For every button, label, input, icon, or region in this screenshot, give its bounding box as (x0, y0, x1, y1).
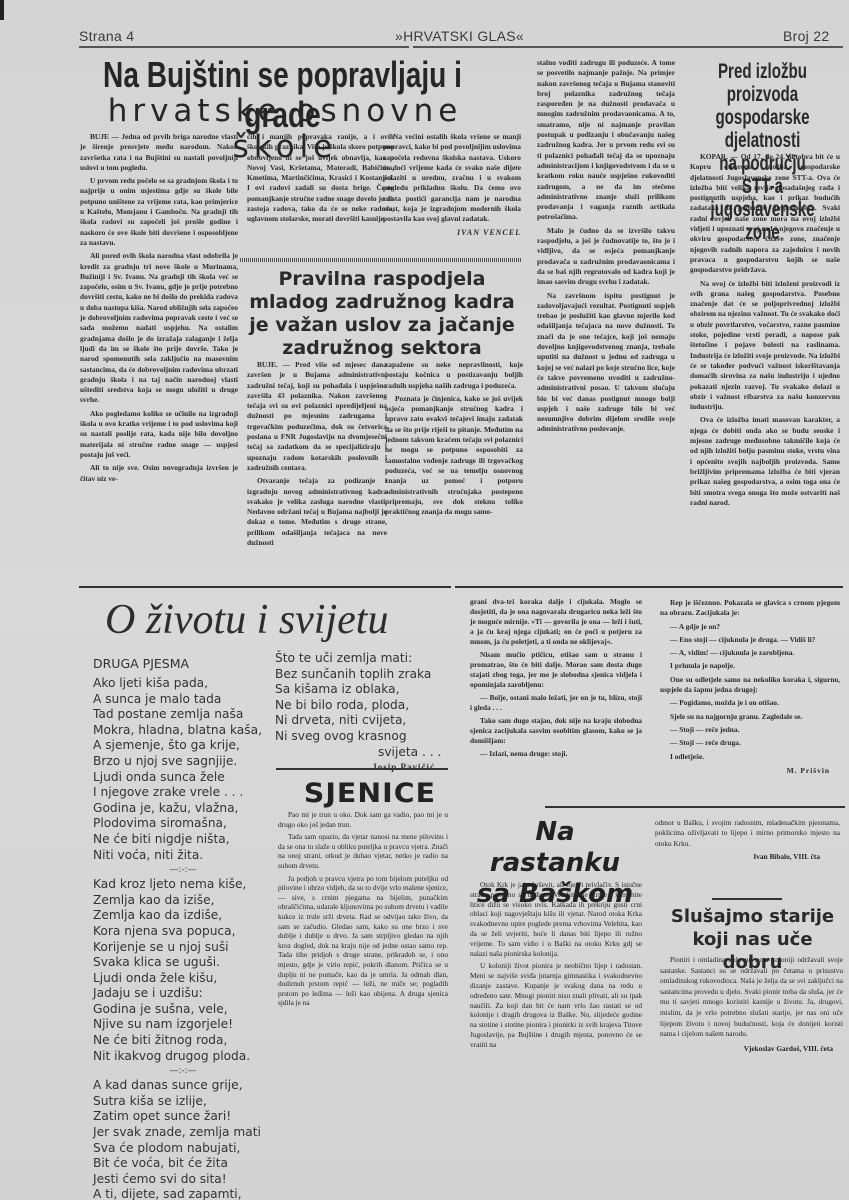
scan-edge-mark (0, 0, 4, 20)
title-line: Slušajmo starije (660, 905, 845, 928)
article-author: Vjekoslav Gardoš, VIII. četa (660, 1044, 843, 1055)
poem-line: Svaka klica se uguši. (93, 955, 273, 971)
section-divider (455, 586, 843, 588)
poem-line: Kora njena sva popuca, (93, 924, 273, 940)
article-column-2: zapažene su neke nepravilnosti, koje pos… (385, 360, 523, 520)
story-author: M. Prišvin (660, 766, 840, 776)
poem-line: Bit će voća, bit će žita (93, 1156, 273, 1172)
article-author: IVAN VENCEL (383, 228, 521, 238)
poem-line: Brzo u njoj sve sagnjije. (93, 754, 273, 770)
stanza-separator: —:-:— (93, 1064, 273, 1078)
paragraph: — Bolje, ostani malo ležati, jer on je t… (470, 693, 642, 713)
poem-line: Sa kišama iz oblaka, (275, 682, 455, 698)
paragraph: U prvom redu počelo se sa gradnjom škola… (80, 176, 238, 248)
header-rule-left (79, 46, 409, 48)
poem-line: A ti, dijete, sad zapamti, (93, 1187, 273, 1200)
title-line: Na rastanku (470, 817, 640, 879)
title-line: gospodarske djelatnosti (703, 106, 822, 152)
poem-line: Ne će biti nigdje ništa, (93, 832, 273, 848)
poem-line: A sjemenje, što ga krije, (93, 738, 273, 754)
poem-line: Godina je, kažu, vlažna, (93, 801, 273, 817)
paragraph: — Stoji — reče jedna. (660, 725, 840, 735)
poem-line: Jer svak znade, zemlja mati (93, 1125, 273, 1141)
article-column-3: Na većini ostalih škola vršene se manji … (383, 132, 521, 238)
article-column-1: BUJE — Jedna od prvih briga narodne vlas… (80, 132, 238, 487)
poem-line: Sva će plodom nabujati, (93, 1141, 273, 1157)
title-line: Pred izložbu proizvoda (703, 60, 822, 106)
poem-line: Njive su nam izgorjele! (93, 1017, 273, 1033)
poem-line: Sutra kiša se izlije, (93, 1094, 273, 1110)
paragraph: Otvaranje tečaja za podizanje i izgradnj… (247, 476, 387, 548)
poem-line: Jadaju se i uzdišu: (93, 986, 273, 1002)
header-rule-right (413, 46, 843, 48)
paragraph: KOPAR. — Od 17. do 24. oktobra bit će u … (690, 152, 840, 276)
article-column: KOPAR. — Od 17. do 24. oktobra bit će u … (690, 152, 840, 511)
paragraph: stalno voditi zadrugu ili poduzeće. A to… (537, 58, 675, 223)
paragraph: — A, vidim! — cijuknula je zarobljena. (660, 648, 840, 658)
paragraph: Tako sam dugo stajao, dok nije na kraju … (470, 716, 642, 746)
poem-line: Mokra, hladna, blatna kaša, (93, 723, 273, 739)
poem-line: A kad danas sunce grije, (93, 1078, 273, 1094)
article-column: Otok Krk je jako krševit, ali lijep i pr… (470, 880, 642, 1053)
paragraph: Malo je čudno da se izvršilo takvu raspo… (537, 226, 675, 288)
paragraph: Otok Krk je jako krševit, ali lijep i pr… (470, 880, 642, 958)
paragraph: BUJE — Jedna od prvih briga narodne vlas… (80, 132, 238, 173)
poem-column-2: Što te uči zemlja mati: Bez sunčanih top… (275, 651, 455, 776)
section-title: O životu i svijetu (105, 596, 388, 644)
paragraph: BUJE. — Pred više od mjesec dana završen… (247, 360, 387, 473)
paragraph: — Eno stoji — cijuknula je druga. — Vidi… (660, 635, 840, 645)
poem-line: Godina je sušna, vele, (93, 1002, 273, 1018)
paragraph: — Pogidamo, možda je i on otišao. (660, 698, 840, 708)
paragraph: U koloniji život pionira je neobično lij… (470, 961, 642, 1049)
paragraph: Nisam mučio ptičicu, otišao sam u stranu… (470, 650, 642, 690)
paragraph: Sjele su na najgornju granu. Zagledale s… (660, 712, 840, 722)
paragraph: zapažene su neke nepravilnosti, koje pos… (385, 360, 523, 391)
article-column-2: ćih i manjih popravaka ranije, a i ovih … (247, 132, 394, 228)
poem-line: Niti voća, niti žita. (93, 848, 273, 864)
paragraph: One su odletjele samo na nekoliko koraka… (660, 675, 840, 696)
paragraph: Tada sam opazio, da vjetar nanosi na men… (278, 832, 448, 870)
page-number: Strana 4 (79, 28, 134, 44)
poem-line: Ne bi bilo roda, ploda, (275, 698, 455, 714)
article-column-1: BUJE. — Pred više od mjesec dana završen… (247, 360, 387, 551)
poem-line: Što te uči zemlja mati: (275, 651, 455, 667)
paragraph: — Izlazi, nema druge: stoji. (470, 749, 642, 759)
paragraph: I prhnula je napolje. (660, 661, 840, 671)
poem-line: svijeta . . . (275, 745, 455, 761)
paragraph: Ako pogledamo koliko se učinilo na izgra… (80, 409, 238, 460)
poem-line: Ljudi onda sunca žele (93, 770, 273, 786)
paragraph: Na završnom ispitu postignut je zadovolj… (537, 291, 675, 435)
poem-line: Zemlja kao da izdiše, (93, 908, 273, 924)
poem-line: A sunca je malo tada (93, 692, 273, 708)
paragraph: Ova će izložba imati masovan karakter, a… (690, 415, 840, 508)
poem-line: Zemlja kao da iziše, (93, 893, 273, 909)
paragraph: grani dva-tri koraka dalje i cijukala. M… (470, 597, 642, 647)
paragraph: Pao mi je trun u oko. Dok sam ga vadio, … (278, 810, 448, 829)
issue-number: Broj 22 (783, 28, 829, 44)
poem-line: Tad postane zemlja naša (93, 707, 273, 723)
dotted-divider (240, 258, 522, 262)
poem-line: Nit ikakvog drugog ploda. (93, 1049, 273, 1065)
poem-line: Ni sveg ovog krasnog (275, 729, 455, 745)
poem-title: DRUGA PJESMA (93, 656, 189, 671)
newspaper-page: Strana 4 »HRVATSKI GLAS« Broj 22 Na Bujš… (0, 0, 849, 1200)
poem-line: Ni drveta, niti cvijeta, (275, 713, 455, 729)
poem-line: Jesti ćemo svi do sita! (93, 1172, 273, 1188)
paragraph: — A gdje je on? (660, 622, 840, 632)
story-column-1: Pao mi je trun u oko. Dok sam ga vadio, … (278, 810, 448, 1011)
paragraph: Ja podjoh u pravcu vjetra po tom bijelom… (278, 874, 448, 1008)
article-column: Pioniri i omladina redovno su u koloniji… (660, 955, 843, 1054)
story-column-2: grani dva-tri koraka dalje i cijukala. M… (470, 597, 642, 762)
article-title: Pravilna raspodjela mladog zadružnog kad… (247, 268, 517, 360)
paragraph: I odletješe. (660, 752, 840, 762)
article-author: Ivan Bibalo, VIII. čta (655, 852, 840, 862)
short-divider (712, 898, 782, 900)
paragraph: — Stoji — reče druga. (660, 738, 840, 748)
poem-line: Bez sunčanih toplih zraka (275, 667, 455, 683)
masthead: »HRVATSKI GLAS« (395, 28, 524, 44)
article-continuation: odmor u Bašku, i svojim radosnim, mladen… (655, 818, 840, 863)
paragraph: Poznata je činjenica, kako se još uvijek… (385, 394, 523, 518)
poem-line: Ljudi onda žele kišu, (93, 971, 273, 987)
poem-column-1: Ako ljeti kiša pada, A sunca je malo tad… (93, 676, 273, 1200)
paragraph: ćih i manjih popravaka ranije, a i ovih … (247, 132, 394, 225)
poem-line: Kad kroz ljeto nema kiše, (93, 877, 273, 893)
poem-line: Ako ljeti kiša pada, (93, 676, 273, 692)
paragraph: Pioniri i omladina redovno su u koloniji… (660, 955, 843, 1040)
section-divider (79, 586, 451, 588)
paragraph: Ali pored ovih škola narodna vlast odobr… (80, 251, 238, 405)
story-column-3: Rep je iščeznuo. Pokazala se glavica s c… (660, 598, 840, 776)
poem-line: Plodovima siromašna, (93, 816, 273, 832)
poem-line: I njegove zrake vrele . . . (93, 785, 273, 801)
paragraph: Na ovoj će izložbi biti izloženi proizvo… (690, 279, 840, 413)
story-title: SJENICE (304, 778, 436, 809)
paragraph: Rep je iščeznuo. Pokazala se glavica s c… (660, 598, 840, 619)
poem-divider (276, 768, 448, 770)
article-column-3: stalno voditi zadrugu ili poduzeće. A to… (537, 58, 675, 438)
poem-line: Ne će biti žitnog roda, (93, 1033, 273, 1049)
section-divider (545, 806, 845, 808)
paragraph: odmor u Bašku, i svojim radosnim, mladen… (655, 818, 840, 849)
poem-line: Korijenje se u njoj suši (93, 940, 273, 956)
stanza-separator: —:-:— (93, 863, 273, 877)
paragraph: Na većini ostalih škola vršene se manji … (383, 132, 521, 225)
paragraph: Ali to nije sve. Osim novogradnja izvrše… (80, 463, 238, 484)
poem-line: Zatim opet sunce žari! (93, 1109, 273, 1125)
